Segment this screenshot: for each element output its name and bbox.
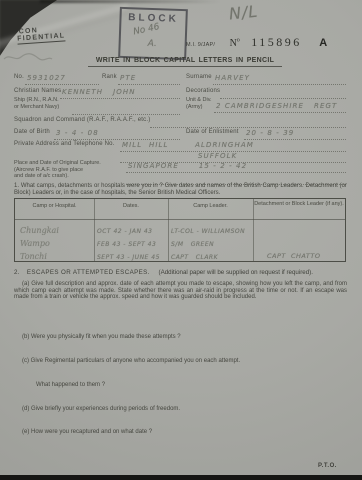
rank-value: PTE — [118, 72, 180, 84]
decorations-label: Decorations — [186, 88, 220, 94]
no-value: 5931027 — [25, 72, 99, 84]
pow-liberation-questionnaire-page: CON FIDENTIAL BLOCK No 46 A. N/L M.I. 9/… — [0, 0, 362, 480]
capture-value: SINGAPORE 15 - 2 - 42 — [126, 160, 346, 172]
surname-value: HARVEY — [213, 72, 346, 84]
page-top-edge-shadow — [40, 0, 220, 3]
unit-div-label: Unit & Div.(Army) — [186, 97, 212, 110]
capture-label: Place and Date of Original Capture.(Airc… — [14, 160, 101, 180]
table-row: Tonchi SEPT 43 - JUNE 45 CAPT CLARK CAPT… — [15, 246, 345, 259]
section-2-note: (Additional paper will be supplied on re… — [159, 269, 313, 276]
section-2-number: 2. — [14, 269, 19, 276]
camp-table-body: Chungkai OCT 42 - JAN 43 LT-COL - WILLIA… — [15, 220, 345, 259]
surname-slot: HARVEY — [213, 72, 346, 85]
camp-table: Camp or Hospital. Dates. Camp Leader. De… — [14, 198, 346, 262]
capture-label-line2: (Aircrew R.A.F. to give place — [14, 167, 83, 173]
ref-number: 115896 — [251, 35, 302, 49]
header-camp-leader: Camp Leader. — [168, 199, 253, 219]
unit-div-value: 2 CAMBRIDGESHIRE REGT — [214, 100, 346, 112]
question-2a: (a) Give full description and approx. da… — [14, 281, 347, 301]
camp-table-header-row: Camp or Hospital. Dates. Camp Leader. De… — [15, 199, 345, 220]
scan-bottom-edge — [0, 475, 362, 480]
enlistment-label: Date of Enlistment — [186, 129, 239, 135]
unit-div-label-line1: Unit & Div. — [186, 97, 212, 103]
confidential-stamp: CON FIDENTIAL — [17, 25, 66, 44]
ref-no-n: N — [230, 38, 237, 49]
unit-div-slot: 2 CAMBRIDGESHIRE REGT — [214, 100, 346, 113]
question-2c: (c) Give Regimental particulars of anyon… — [22, 358, 240, 364]
dob-label: Date of Birth — [14, 129, 50, 135]
no-label: No. — [14, 74, 24, 80]
table-row: Wampo FEB 43 - SEPT 43 S/M GREEN — [15, 233, 345, 246]
block-number-handwritten: No 46 — [132, 22, 160, 37]
ref-no-o: o — [237, 38, 240, 44]
ref-no-abbrev: No — [230, 38, 240, 49]
row-capture: Place and Date of Original Capture.(Airc… — [14, 160, 346, 184]
surname-label: Surname — [186, 74, 212, 80]
reference-number-line: M.I. 9/JAP/ No 115896 A — [186, 33, 327, 51]
question-2b: (b) Were you physically fit when you mad… — [22, 334, 181, 340]
squadron-label: Squadron and Command (R.A.F., R.A.A.F., … — [14, 117, 150, 123]
question-2e: (e) How were you recaptured and on what … — [22, 429, 152, 435]
camp-leader-3: CAPT CLARK — [168, 254, 218, 261]
pto-note: P.T.O. — [318, 463, 337, 469]
pencil-scribble-icon — [2, 50, 54, 64]
ref-suffix-letter: A — [319, 37, 327, 49]
ref-prefix: M.I. 9/JAP/ — [186, 42, 215, 48]
header-detachment-leader: Detachment or Block Leader (if any). — [253, 199, 345, 219]
table-row: Chungkai OCT 42 - JAN 43 LT-COL - WILLIA… — [15, 220, 345, 233]
section-2-title: 2. ESCAPES OR ATTEMPTED ESCAPES. (Additi… — [14, 269, 313, 276]
form-heading: WRITE IN BLOCK CAPITAL LETTERS IN PENCIL — [88, 57, 282, 67]
camp-dates-3: SEPT 43 - JUNE 45 — [94, 254, 160, 261]
address-label: Private Address and Telephone No. — [14, 141, 115, 147]
ship-label: Ship (R.N., R.A.N.or Merchant Navy) — [14, 97, 59, 110]
unit-div-label-line2: (Army) — [186, 104, 203, 110]
block-letter-handwritten: A. — [147, 39, 157, 49]
camp-name-3: Tonchi — [15, 252, 47, 261]
ship-label-line1: Ship (R.N., R.A.N. — [14, 97, 59, 103]
no-slot: 5931027 — [25, 72, 99, 85]
question-2d: (d) Give briefly your experiences during… — [22, 406, 180, 412]
capture-label-line1: Place and Date of Original Capture. — [14, 160, 101, 166]
question-2c-followup: What happened to them ? — [36, 382, 105, 388]
rank-label: Rank — [102, 74, 117, 80]
detachment-leader-3: CAPT CHATTO — [253, 250, 345, 263]
row-number-rank-surname: No. 5931027 Rank PTE Surname HARVEY — [14, 71, 346, 84]
capture-label-line3: and date of a/c crash). — [14, 173, 69, 179]
question-1-text: 1. What camps, detachments or hospitals … — [14, 183, 347, 196]
section-2-heading: ESCAPES OR ATTEMPTED ESCAPES. — [27, 269, 150, 276]
header-camp-or-hospital: Camp or Hospital. — [15, 199, 94, 219]
header-dates: Dates. — [94, 199, 168, 219]
nl-pencil-note: N/L — [228, 2, 259, 24]
rank-slot: PTE — [118, 72, 180, 85]
confidential-stamp-line2: FIDENTIAL — [17, 32, 66, 44]
christian-names-label: Christian Names — [14, 88, 61, 94]
ship-label-line2: or Merchant Navy) — [14, 104, 59, 110]
block-stamp-box: BLOCK No 46 A. — [118, 7, 188, 60]
